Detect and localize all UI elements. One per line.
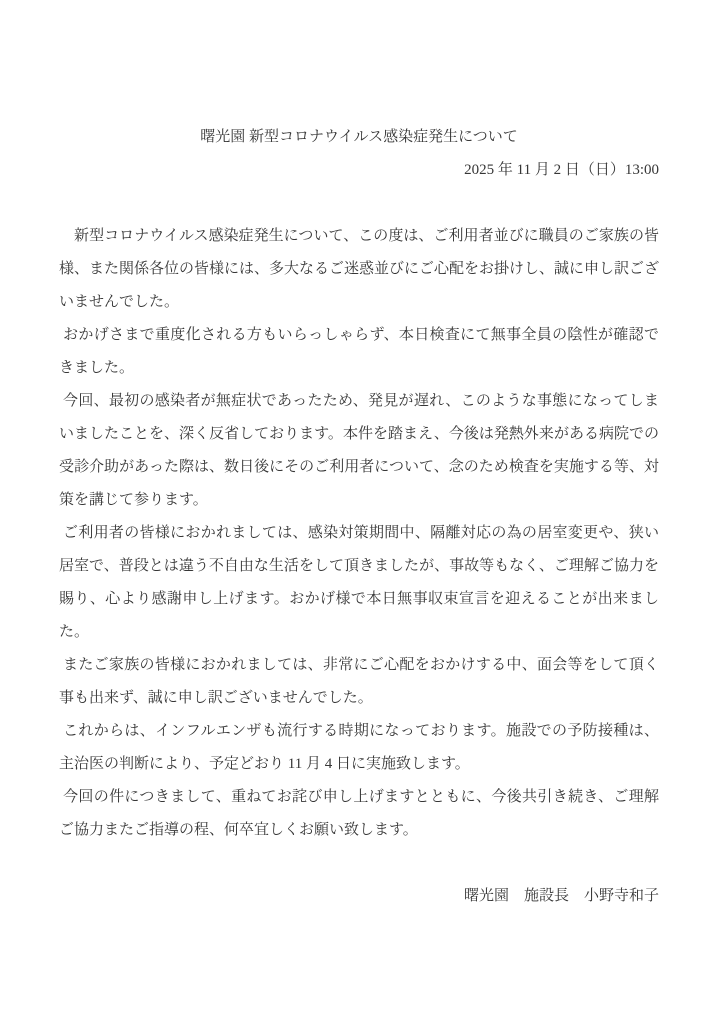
notice-paragraph-7: 今回の件につきまして、重ねてお詫び申し上げますとともに、今後共引き続き、ご理解ご… [59,781,659,847]
notice-title: 曙光園 新型コロナウイルス感染症発生について [59,121,659,154]
notice-paragraph-2: おかげさまで重度化される方もいらっしゃらず、本日検査にて無事全員の陰性が確認でき… [59,319,659,385]
notice-paragraph-1: 新型コロナウイルス感染症発生について、この度は、ご利用者並びに職員のご家族の皆様… [59,220,659,319]
document-page: 曙光園 新型コロナウイルス感染症発生について 2025 年 11 月 2 日（日… [0,0,724,1024]
notice-paragraph-6: これからは、インフルエンザも流行する時期になっております。施設での予防接種は、主… [59,715,659,781]
notice-paragraph-4: ご利用者の皆様におかれましては、感染対策期間中、隔離対応の為の居室変更や、狭い居… [59,517,659,649]
signature-line: 曙光園 施設長 小野寺和子 [59,880,659,913]
blank-line [59,847,659,880]
blank-line [59,187,659,220]
notice-paragraph-5: またご家族の皆様におかれましては、非常にご心配をおかけする中、面会等をして頂く事… [59,649,659,715]
notice-date: 2025 年 11 月 2 日（日）13:00 [59,154,659,187]
notice-paragraph-3: 今回、最初の感染者が無症状であったため、発見が遅れ、このような事態になってしまい… [59,385,659,517]
